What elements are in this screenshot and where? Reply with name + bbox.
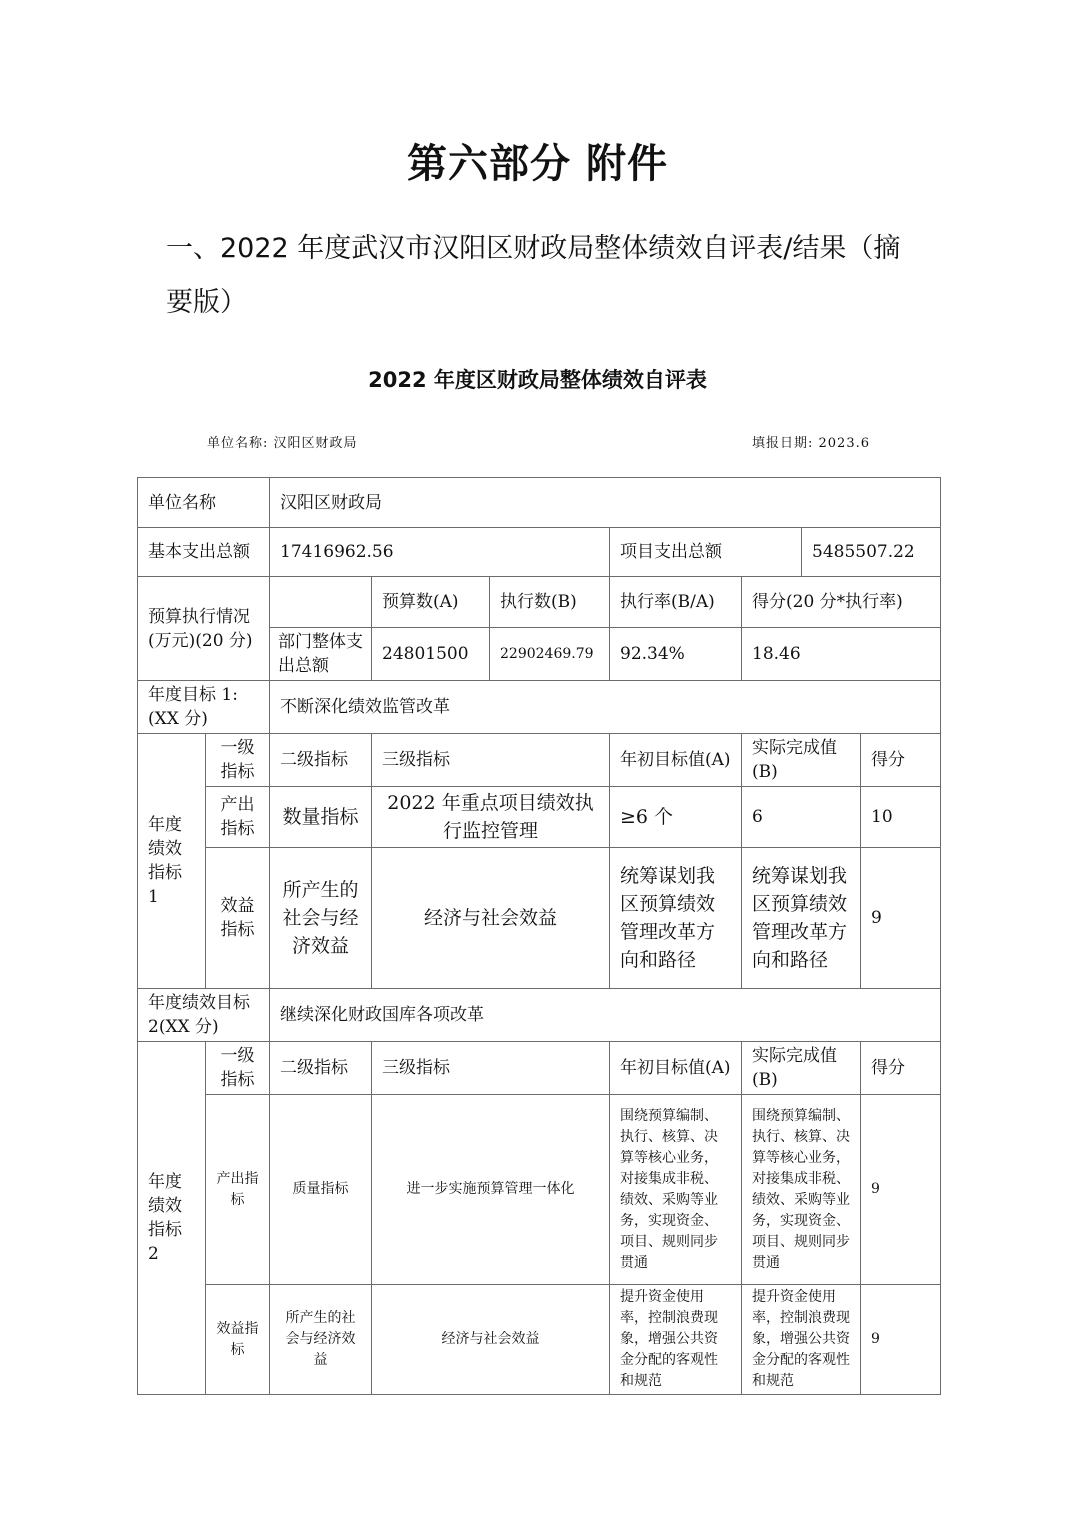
report-date-meta: 填报日期: 2023.6: [752, 432, 870, 451]
row-goal2: 年度绩效目标 2(XX 分) 继续深化财政国库各项改革: [138, 989, 941, 1042]
section-title: 一、2022 年度武汉市汉阳区财政局整体绩效自评表/结果（摘要版）: [166, 222, 926, 330]
goal2-block-label: 年度绩效指标 2: [138, 1042, 206, 1395]
budget-value-a: 24801500: [372, 628, 490, 681]
budget-value-score: 18.46: [742, 628, 941, 681]
goal2-row2-target: 提升资金使用率，控制浪费现象，增强公共资金分配的客观性和规范: [610, 1285, 742, 1395]
basic-expense-value: 17416962.56: [270, 528, 610, 577]
goal2-header-level3: 三级指标: [372, 1042, 610, 1095]
goal2-header-target: 年初目标值(A): [610, 1042, 742, 1095]
goal1-row1-level3: 2022 年重点项目绩效执行监控管理: [372, 787, 610, 848]
goal1-header-level1: 一级指标: [206, 734, 270, 787]
budget-value-rate: 92.34%: [610, 628, 742, 681]
table-row: 产出指标 质量指标 进一步实施预算管理一体化 围绕预算编制、执行、核算、决算等核…: [138, 1095, 941, 1285]
budget-header-a: 预算数(A): [372, 577, 490, 628]
row-goal1-header: 年度绩效指标 1 一级指标 二级指标 三级指标 年初目标值(A) 实际完成值(B…: [138, 734, 941, 787]
goal1-header-level2: 二级指标: [270, 734, 372, 787]
goal1-row1-level2: 数量指标: [270, 787, 372, 848]
row-budget-header: 预算执行情况(万元)(20 分) 预算数(A) 执行数(B) 执行率(B/A) …: [138, 577, 941, 628]
goal1-header-score: 得分: [861, 734, 941, 787]
goal2-row2-actual: 提升资金使用率，控制浪费现象，增强公共资金分配的客观性和规范: [742, 1285, 861, 1395]
row-goal1: 年度目标 1:(XX 分) 不断深化绩效监管改革: [138, 681, 941, 734]
project-expense-value: 5485507.22: [802, 528, 941, 577]
budget-blank-cell: [270, 577, 372, 628]
budget-label: 预算执行情况(万元)(20 分): [138, 577, 270, 681]
goal1-row1-level1: 产出指标: [206, 787, 270, 848]
goal2-header-actual: 实际完成值(B): [742, 1042, 861, 1095]
budget-value-b: 22902469.79: [490, 628, 610, 681]
goal1-row1-target: ≥6 个: [610, 787, 742, 848]
row-goal2-header: 年度绩效指标 2 一级指标 二级指标 三级指标 年初目标值(A) 实际完成值(B…: [138, 1042, 941, 1095]
project-expense-label: 项目支出总额: [610, 528, 802, 577]
budget-header-rate: 执行率(B/A): [610, 577, 742, 628]
goal2-row2-score: 9: [861, 1285, 941, 1395]
goal2-row2-level3: 经济与社会效益: [372, 1285, 610, 1395]
goal1-header-target: 年初目标值(A): [610, 734, 742, 787]
goal2-row1-level3: 进一步实施预算管理一体化: [372, 1095, 610, 1285]
goal2-header-level1: 一级指标: [206, 1042, 270, 1095]
goal1-row1-actual: 6: [742, 787, 861, 848]
budget-header-score: 得分(20 分*执行率): [742, 577, 941, 628]
goal1-row2-actual: 统筹谋划我区预算绩效管理改革方向和路径: [742, 848, 861, 989]
self-evaluation-table: 单位名称 汉阳区财政局 基本支出总额 17416962.56 项目支出总额 54…: [137, 477, 941, 1395]
table-title: 2022 年度区财政局整体绩效自评表: [0, 364, 1075, 394]
goal2-row1-score: 9: [861, 1095, 941, 1285]
goal1-row2-level3: 经济与社会效益: [372, 848, 610, 989]
goal1-row2-score: 9: [861, 848, 941, 989]
budget-header-b: 执行数(B): [490, 577, 610, 628]
row-unit-name: 单位名称 汉阳区财政局: [138, 478, 941, 528]
goal2-header-level2: 二级指标: [270, 1042, 372, 1095]
goal2-label: 年度绩效目标 2(XX 分): [138, 989, 270, 1042]
goal1-block-label: 年度绩效指标 1: [138, 734, 206, 989]
goal2-row1-level1: 产出指标: [206, 1095, 270, 1285]
unit-name-value: 汉阳区财政局: [270, 478, 941, 528]
table-row: 效益指标 所产生的社会与经济效益 经济与社会效益 统筹谋划我区预算绩效管理改革方…: [138, 848, 941, 989]
row-expenses: 基本支出总额 17416962.56 项目支出总额 5485507.22: [138, 528, 941, 577]
goal1-row1-score: 10: [861, 787, 941, 848]
goal1-value: 不断深化绩效监管改革: [270, 681, 941, 734]
goal2-row2-level2: 所产生的社会与经济效益: [270, 1285, 372, 1395]
goal2-row1-actual: 围绕预算编制、执行、核算、决算等核心业务，对接集成非税、绩效、采购等业务，实现资…: [742, 1095, 861, 1285]
goal1-row2-level1: 效益指标: [206, 848, 270, 989]
budget-row-label: 部门整体支出总额: [270, 628, 372, 681]
unit-name-label: 单位名称: [138, 478, 270, 528]
unit-name-meta: 单位名称: 汉阳区财政局: [207, 432, 358, 451]
goal1-header-level3: 三级指标: [372, 734, 610, 787]
goal1-row2-target: 统筹谋划我区预算绩效管理改革方向和路径: [610, 848, 742, 989]
goal1-row2-level2: 所产生的社会与经济效益: [270, 848, 372, 989]
goal2-row2-level1: 效益指标: [206, 1285, 270, 1395]
part-title: 第六部分 附件: [0, 132, 1075, 189]
goal2-header-score: 得分: [861, 1042, 941, 1095]
goal2-row1-level2: 质量指标: [270, 1095, 372, 1285]
goal2-value: 继续深化财政国库各项改革: [270, 989, 941, 1042]
goal2-row1-target: 围绕预算编制、执行、核算、决算等核心业务，对接集成非税、绩效、采购等业务，实现资…: [610, 1095, 742, 1285]
goal1-header-actual: 实际完成值(B): [742, 734, 861, 787]
basic-expense-label: 基本支出总额: [138, 528, 270, 577]
goal1-label: 年度目标 1:(XX 分): [138, 681, 270, 734]
table-row: 产出指标 数量指标 2022 年重点项目绩效执行监控管理 ≥6 个 6 10: [138, 787, 941, 848]
table-row: 效益指标 所产生的社会与经济效益 经济与社会效益 提升资金使用率，控制浪费现象，…: [138, 1285, 941, 1395]
